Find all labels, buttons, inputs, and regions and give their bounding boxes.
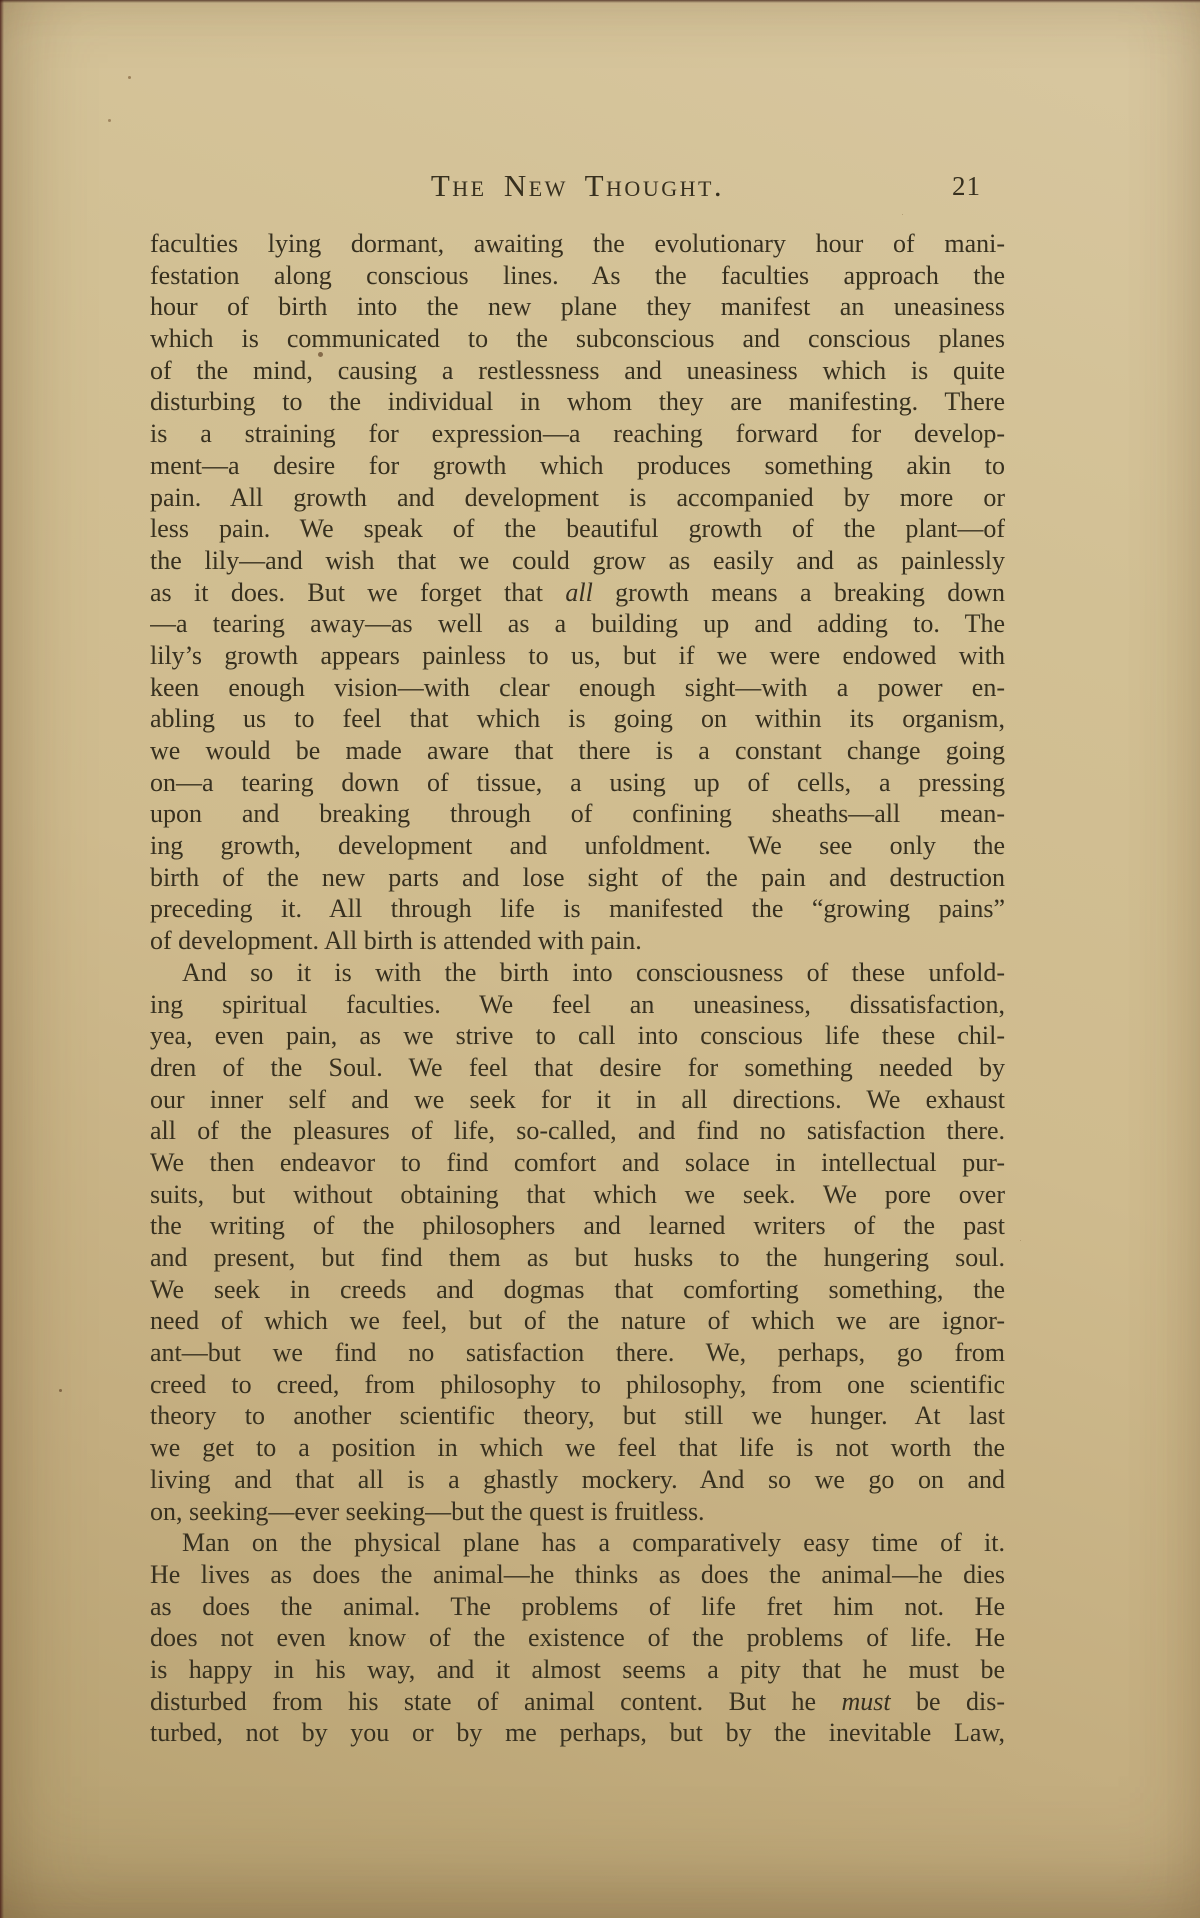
text-line: on, seeking—ever seeking—but the quest i…: [150, 1496, 1005, 1528]
text-line: faculties lying dormant, awaiting the ev…: [150, 228, 1005, 260]
text-line: our inner self and we seek for it in all…: [150, 1084, 1005, 1116]
text-line: of the mind, causing a restlessness and …: [150, 355, 1005, 387]
text-line: birth of the new parts and lose sight of…: [150, 862, 1005, 894]
text-line: upon and breaking through of confining s…: [150, 798, 1005, 830]
text-line: turbed, not by you or by me perhaps, but…: [150, 1717, 1005, 1749]
text-line: does not even know of the existence of t…: [150, 1622, 1005, 1654]
text-line: which is communicated to the subconsciou…: [150, 323, 1005, 355]
text-line: ing spiritual faculties. We feel an unea…: [150, 989, 1005, 1021]
text-line: hour of birth into the new plane they ma…: [150, 291, 1005, 323]
text-line: the lily—and wish that we could grow as …: [150, 545, 1005, 577]
text-line: pain. All growth and development is acco…: [150, 482, 1005, 514]
text-line: of development. All birth is attended wi…: [150, 925, 1005, 957]
text-line: theory to another scientific theory, but…: [150, 1400, 1005, 1432]
page-edge-top: [0, 0, 1200, 3]
text-line: disturbed from his state of animal conte…: [150, 1686, 1005, 1718]
text-line: preceding it. All through life is manife…: [150, 893, 1005, 925]
page-body-text: faculties lying dormant, awaiting the ev…: [150, 228, 1005, 1749]
text-line: all of the pleasures of life, so-called,…: [150, 1115, 1005, 1147]
text-line: He lives as does the animal—he thinks as…: [150, 1559, 1005, 1591]
text-line: We seek in creeds and dogmas that comfor…: [150, 1274, 1005, 1306]
running-header-title: The New Thought.: [431, 168, 724, 203]
text-line: We then endeavor to find comfort and sol…: [150, 1147, 1005, 1179]
text-line: dren of the Soul. We feel that desire fo…: [150, 1052, 1005, 1084]
text-line: we would be made aware that there is a c…: [150, 735, 1005, 767]
text-line: is a straining for expression—a reaching…: [150, 418, 1005, 450]
text-line: keen enough vision—with clear enough sig…: [150, 672, 1005, 704]
text-line: less pain. We speak of the beautiful gro…: [150, 513, 1005, 545]
text-line: suits, but without obtaining that which …: [150, 1179, 1005, 1211]
text-line: And so it is with the birth into conscio…: [150, 957, 1005, 989]
text-line: yea, even pain, as we strive to call int…: [150, 1020, 1005, 1052]
text-line: as it does. But we forget that all growt…: [150, 577, 1005, 609]
page-number: 21: [952, 171, 981, 202]
text-line: we get to a position in which we feel th…: [150, 1432, 1005, 1464]
text-line: ment—a desire for growth which produces …: [150, 450, 1005, 482]
text-line: and present, but find them as but husks …: [150, 1242, 1005, 1274]
text-line: living and that all is a ghastly mockery…: [150, 1464, 1005, 1496]
text-line: festation along conscious lines. As the …: [150, 260, 1005, 292]
text-line: —a tearing away—as well as a building up…: [150, 608, 1005, 640]
text-line: ant—but we find no satisfaction there. W…: [150, 1337, 1005, 1369]
text-line: is happy in his way, and it almost seems…: [150, 1654, 1005, 1686]
scanned-book-page: The New Thought. 21 faculties lying dorm…: [0, 0, 1200, 1918]
text-line: on—a tearing down of tissue, a using up …: [150, 767, 1005, 799]
text-line: Man on the physical plane has a comparat…: [150, 1527, 1005, 1559]
text-line: lily’s growth appears painless to us, bu…: [150, 640, 1005, 672]
text-line: as does the animal. The problems of life…: [150, 1591, 1005, 1623]
text-line: ing growth, development and unfoldment. …: [150, 830, 1005, 862]
running-header: The New Thought. 21: [150, 168, 1005, 208]
text-line: creed to creed, from philosophy to philo…: [150, 1369, 1005, 1401]
text-line: need of which we feel, but of the nature…: [150, 1305, 1005, 1337]
text-line: disturbing to the individual in whom the…: [150, 386, 1005, 418]
page-edge-left: [0, 0, 4, 1918]
text-line: the writing of the philosophers and lear…: [150, 1210, 1005, 1242]
text-line: abling us to feel that which is going on…: [150, 703, 1005, 735]
